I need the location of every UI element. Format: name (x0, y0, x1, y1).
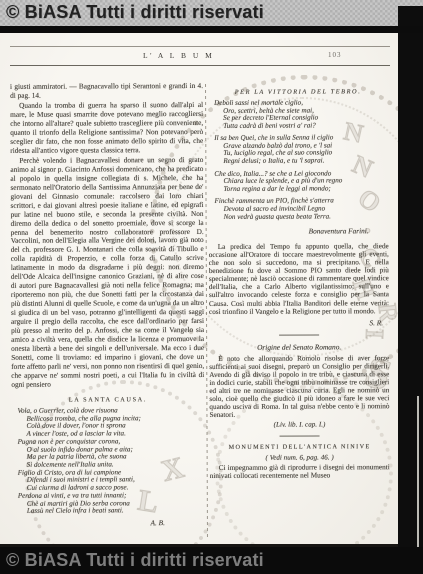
poem-la-santa-causa: Vola, o Guerrier, colà dove risuona Bell… (11, 407, 204, 516)
copyright-text-top: © BiASA Tutti i diritti riservati (6, 2, 264, 23)
section-separator (279, 334, 319, 335)
right-column: PER LA VITTORIA DEL TEBRO. Deboli sassi … (208, 81, 390, 540)
paragraph: È noto che allorquando Romolo risolse di… (209, 354, 389, 419)
poem-stanza: Che dico, Italia...? se che a Lei giocon… (214, 170, 388, 193)
paragraph: Quando la tromba di guerra ha sparso il … (10, 101, 203, 156)
running-head: L' A L B U M 103 (10, 46, 390, 66)
poem-stanza: Perdona ai vinti, e va tra tutti innanti… (18, 492, 205, 516)
poem-stanza: Il sa ben Quei, che in sulla Senna il ci… (214, 134, 388, 165)
paragraph: Ci impegnammo già di riprodurre i disegn… (210, 463, 390, 480)
signature-a-b: A. B. (12, 518, 205, 528)
scan-edge-highlight (417, 396, 419, 548)
paragraph: La predica del Tempo fu appunto quella, … (209, 242, 389, 315)
poem-vittoria-del-tebro: Deboli sassi nel mortale ciglio, Oro, sc… (208, 99, 389, 221)
poem-stanza: Vola, o Guerrier, colà dove risuona Bell… (17, 407, 204, 439)
paragraph: Perchè volendo i Bagnacavallesi donare u… (10, 156, 204, 390)
section-title-ninive: MONUMENTI DELL'ANTICA NINIVE (210, 443, 390, 451)
poem-stanza: Finchè rammenta un PIO, finchè s'atterra… (215, 198, 389, 221)
header-rule-bottom (10, 65, 390, 66)
section-subtitle-ninive: ( Vedi num. 6, pag. 46. ) (210, 453, 390, 462)
copyright-text-bottom: © BiASA Tutti i diritti riservati (6, 550, 264, 571)
poem-title-vittoria-del-tebro: PER LA VITTORIA DEL TEBRO. (208, 88, 388, 96)
paragraph-continuation: i giusti ammiratori. — Bagnacavallo tipi… (10, 82, 203, 101)
poem-stanza: Pugna non è per conquistar corona, O al … (18, 438, 205, 470)
citation-livius: (Liv. lib. I. cap. I.) (209, 420, 389, 429)
text-columns: i giusti ammiratori. — Bagnacavallo tipi… (10, 81, 390, 541)
section-title-senato-romano: Origine del Senato Romano. (209, 342, 389, 352)
poem-title-la-santa-causa: LA SANTA CAUSA. (11, 396, 204, 404)
signature-farini: Bonaventura Farini. (209, 226, 389, 236)
poem-stanza: Figlio di Cristo, ora di lui campione Di… (18, 469, 205, 493)
left-column: i giusti ammiratori. — Bagnacavallo tipi… (10, 82, 205, 541)
journal-page-scan: N N O · C H R I S X L L' A L B U M 103 i… (0, 33, 399, 547)
copyright-bar-bottom: © BiASA Tutti i diritti riservati (0, 547, 423, 574)
signature-s-r: S. R. (209, 318, 389, 328)
scan-border-right (398, 6, 423, 574)
section-separator (280, 436, 320, 437)
poem-stanza: Deboli sassi nel mortale ciglio, Oro, sc… (214, 99, 388, 130)
header-rule-top (10, 46, 390, 47)
scanned-journal-page: N N O · C H R I S X L L' A L B U M 103 i… (0, 0, 423, 574)
copyright-bar-top: © BiASA Tutti i diritti riservati (0, 0, 423, 26)
journal-title: L' A L B U M (143, 51, 214, 60)
page-number: 103 (328, 51, 342, 59)
scan-border-top (0, 26, 423, 33)
